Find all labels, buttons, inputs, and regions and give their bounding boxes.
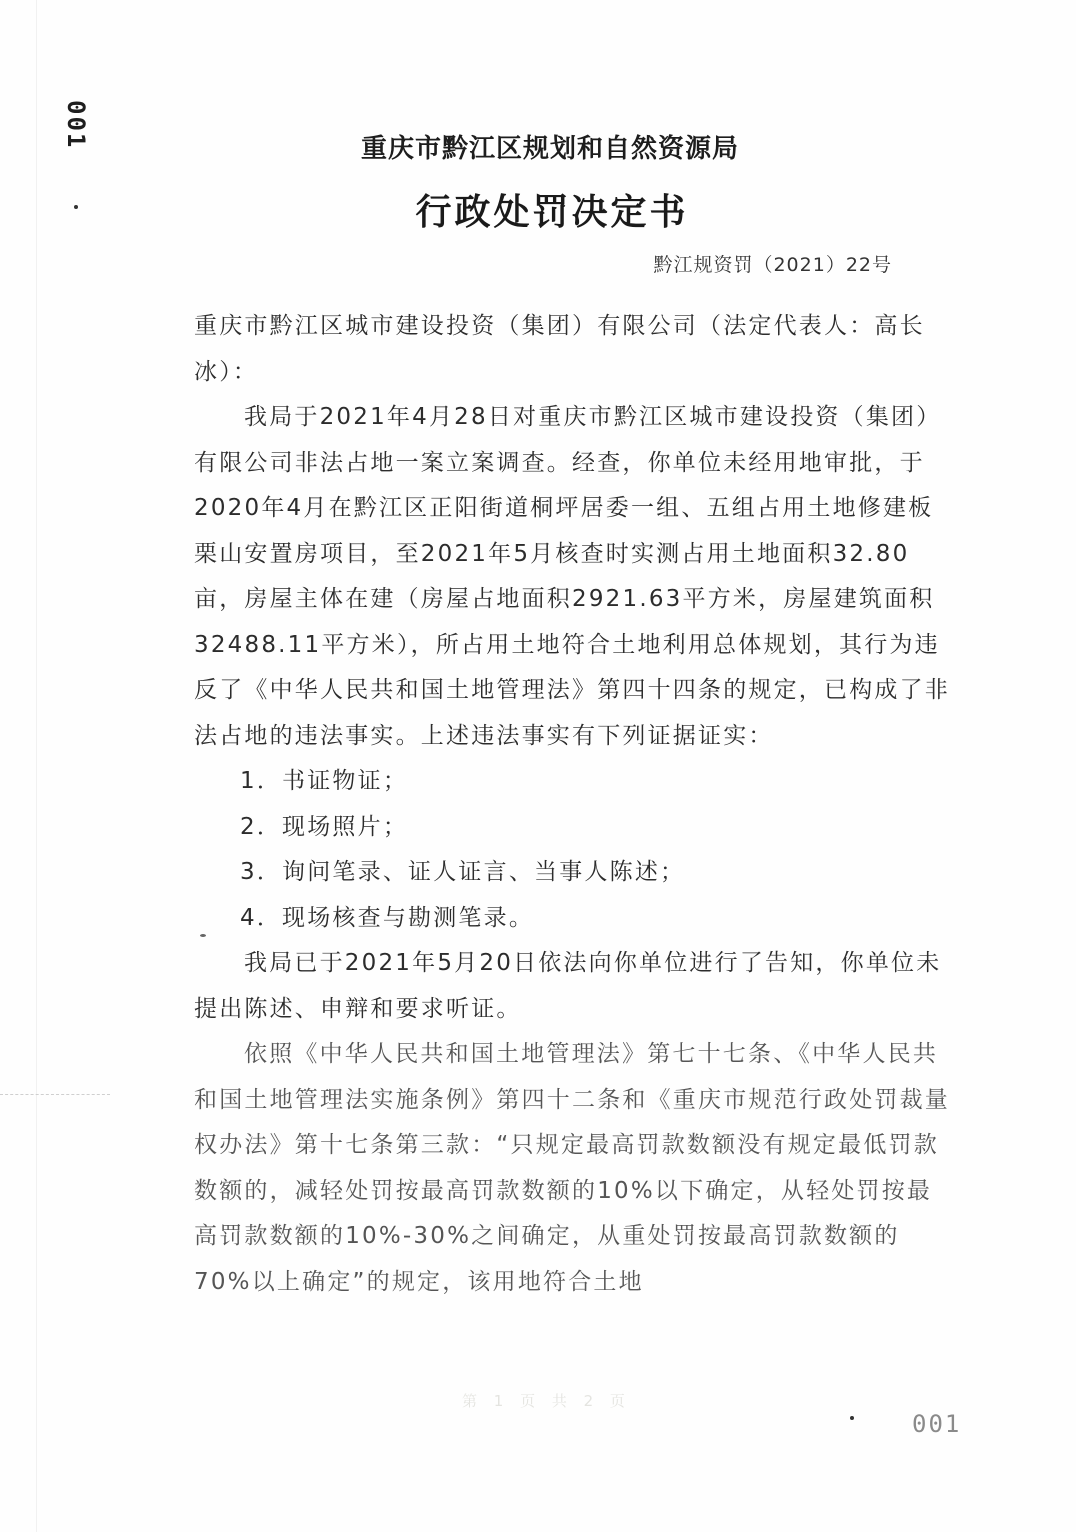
document-body: 重庆市黔江区城市建设投资（集团）有限公司（法定代表人：高长冰）： 我局于2021…	[194, 304, 954, 1305]
evidence-item: 4．现场核查与勘测笔录。	[194, 896, 954, 942]
legal-basis-paragraph: 依照《中华人民共和国土地管理法》第七十七条、《中华人民共和国土地管理法实施条例》…	[194, 1032, 954, 1305]
facts-paragraph: 我局于2021年4月28日对重庆市黔江区城市建设投资（集团）有限公司非法占地一案…	[194, 395, 954, 759]
notification-paragraph: 我局已于2021年5月20日依法向你单位进行了告知，你单位未提出陈述、申辩和要求…	[194, 941, 954, 1032]
evidence-item: 1．书证物证；	[194, 759, 954, 805]
addressee: 重庆市黔江区城市建设投资（集团）有限公司（法定代表人：高长冰）：	[194, 304, 954, 395]
evidence-item: 2．现场照片；	[194, 805, 954, 851]
evidence-item: 3．询问笔录、证人证言、当事人陈述；	[194, 850, 954, 896]
margin-mark	[0, 1094, 110, 1096]
document-page: 001 重庆市黔江区规划和自然资源局 行政处罚决定书 黔江规资罚（2021）22…	[0, 0, 1076, 1532]
page-indicator: 第 1 页 共 2 页	[462, 1390, 631, 1411]
document-number: 黔江规资罚（2021）22号	[653, 250, 892, 277]
document-title: 行政处罚决定书	[0, 184, 1076, 235]
footer-stamp: 001	[912, 1410, 961, 1438]
scan-speck	[850, 1416, 854, 1420]
issuing-agency: 重庆市黔江区规划和自然资源局	[0, 128, 1076, 165]
